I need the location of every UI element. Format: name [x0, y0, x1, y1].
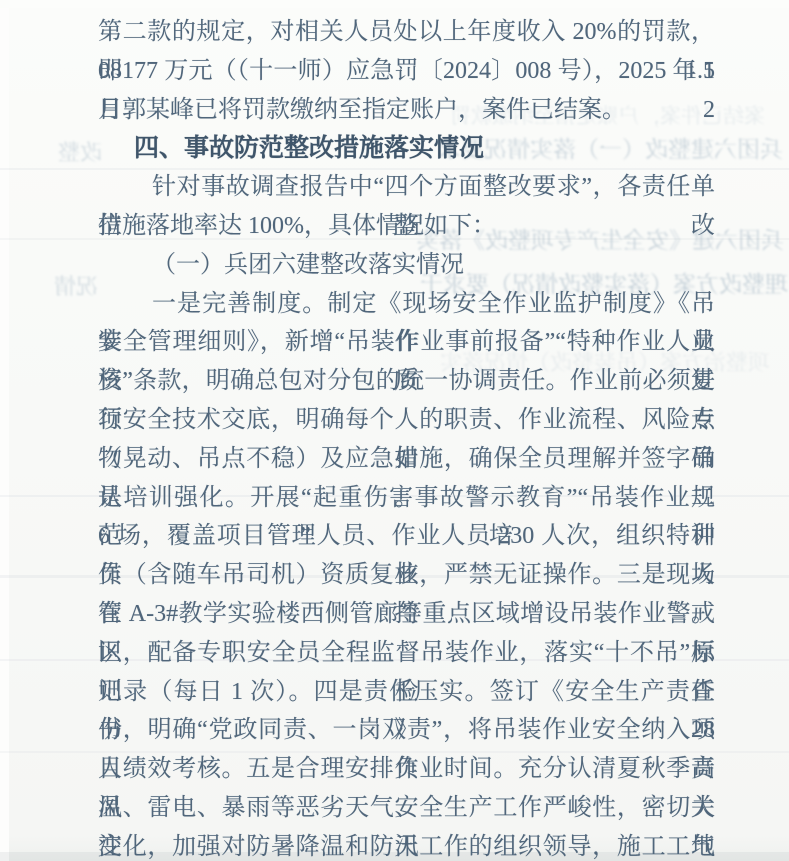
- text-line: 在 A-3#教学实验楼西侧管廊等重点区域增设吊装作业警戒区标: [98, 595, 715, 634]
- text-line: 风、雷电、暴雨等恶劣天气安全生产工作严峻性，密切关注天气: [98, 789, 715, 828]
- text-line: 第二款的规定，对相关人员处以上年度收入 20%的罚款，即 1.5: [98, 13, 715, 52]
- scan-edge-top: [0, 0, 789, 8]
- text-line: 识，配备专职安全员全程监督吊装作业，落实“十不吊”原则检查: [98, 634, 715, 673]
- text-line: 6 场，覆盖项目管理人员、作业人员 230 人次，组织特种作业人: [98, 517, 715, 556]
- text-line: 是培训强化。开展“起重伤害事故警示教育”“吊装作业规范”培训: [98, 479, 715, 518]
- text-line: 员（含随车吊司机）资质复核，严禁无证操作。三是现场管控。: [98, 556, 715, 595]
- scan-edge-left: [0, 0, 9, 861]
- text-line: 物晃动、吊点不稳）及应急措施，确保全员理解并签字确认。二: [98, 440, 715, 479]
- subsection-heading: （一）兵团六建整改落实情况: [98, 246, 715, 285]
- text-line: 变化，加强对防暑降温和防汛工作的组织领导，施工工地采取“做: [98, 828, 715, 861]
- text-line: 安全管理细则》，新增“吊装作业事前报备”“特种作业人员资质复: [98, 323, 715, 362]
- text-line: 项安全技术交底，明确每个人的职责、作业流程、风险点（如吊: [98, 401, 715, 440]
- bleed-through-text: 况情: [54, 276, 98, 298]
- text-line: 针对事故调查报告中“四个方面整改要求”，各责任单位整改: [98, 168, 715, 207]
- text-line: 日郭某峰已将罚款缴纳至指定账户，案件已结案。: [98, 91, 715, 130]
- text-line: 核”条款，明确总包对分包的统一协调责任。作业前必须进行专: [98, 362, 715, 401]
- text-line: 记录（每日 1 次）。四是责任压实。签订《安全生产责任书》28: [98, 673, 715, 712]
- bleed-through-text: 改整: [58, 142, 102, 164]
- text-line: 份，明确“党政同责、一岗双责”，将吊装作业安全纳入项目负责: [98, 711, 715, 750]
- text-line: 一是完善制度。制定《现场安全作业监护制度》《吊装作业: [98, 285, 715, 324]
- document-page: 案结已件案，户账定指至纳缴款罚兵团六建整改（一）落实情况要求改整兵团六建《安全生…: [0, 0, 789, 861]
- text-line: 人绩效考核。五是合理安排作业时间。充分认清夏秋季高温、大: [98, 750, 715, 789]
- document-text-block: 第二款的规定，对相关人员处以上年度收入 20%的罚款，即 1.508177 万元…: [98, 13, 715, 861]
- text-line: 08177 万元（（十一师）应急罚〔2024〕008 号），2025 年 1 月…: [98, 52, 715, 91]
- section-heading: 四、事故防范整改措施落实情况: [98, 129, 715, 168]
